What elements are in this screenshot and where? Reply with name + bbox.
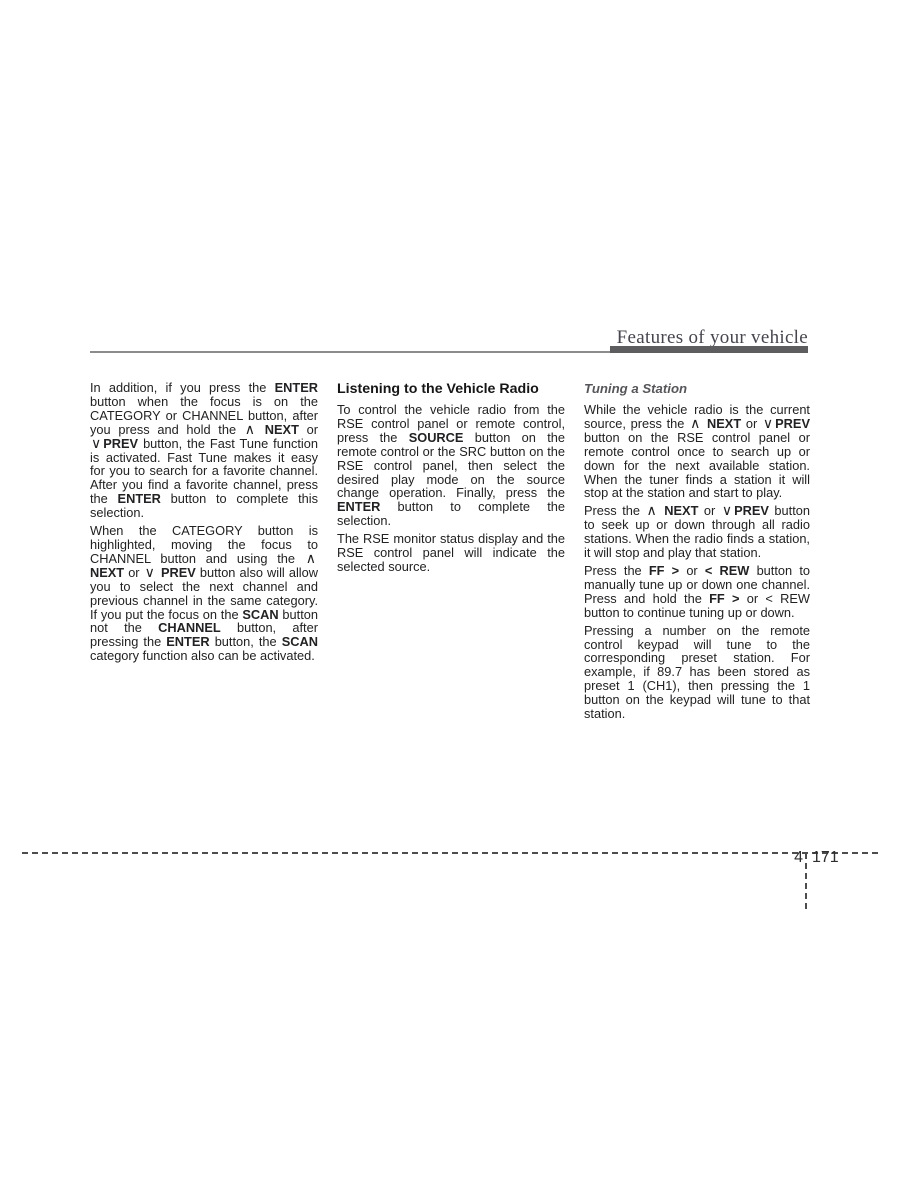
paragraph: Press the FF > or < REW button to manual… <box>584 564 810 620</box>
text-segment: or <box>741 416 762 431</box>
text-segment: In addition, if you press the <box>90 380 275 395</box>
text-segment: < REW <box>705 563 750 578</box>
text-segment: Pressing a number on the remote control … <box>584 623 810 721</box>
column-right: Tuning a Station While the vehicle radio… <box>584 381 810 725</box>
text-segment: Press the <box>584 503 646 518</box>
text-segment: ENTER <box>337 499 380 514</box>
text-segment: FF > <box>709 591 739 606</box>
paragraph: While the vehicle radio is the current s… <box>584 403 810 500</box>
column-left: In addition, if you press the ENTER butt… <box>90 381 318 667</box>
text-segment: SOURCE <box>409 430 464 445</box>
text-segment: category function also can be activated. <box>90 648 315 663</box>
caret-glyph: ∧ <box>689 415 702 431</box>
text-segment: SCAN <box>242 607 278 622</box>
column-center: Listening to the Vehicle Radio To contro… <box>337 381 565 578</box>
header-rule-bar <box>610 346 808 353</box>
text-segment: NEXT <box>265 422 299 437</box>
caret-glyph: ∨ <box>144 564 157 580</box>
text-segment: NEXT <box>664 503 698 518</box>
text-segment: ENTER <box>275 380 318 395</box>
caret-glyph: ∨ <box>90 435 103 451</box>
text-segment: or <box>679 563 705 578</box>
paragraph: In addition, if you press the ENTER butt… <box>90 381 318 520</box>
text-segment: NEXT <box>90 565 124 580</box>
paragraph: When the CATEGORY button is highlighted,… <box>90 524 318 663</box>
text-segment: NEXT <box>707 416 741 431</box>
text-segment: PREV <box>103 436 138 451</box>
text-segment: PREV <box>734 503 769 518</box>
text-segment: or <box>299 422 318 437</box>
text-segment: ENTER <box>118 491 161 506</box>
text-segment <box>257 422 265 437</box>
page-number: 171 <box>812 849 839 867</box>
manual-page: Features of your vehicle In addition, if… <box>0 0 900 1200</box>
footer-dashed-divider <box>805 853 807 909</box>
text-segment: or <box>698 503 720 518</box>
text-segment: FF > <box>649 563 679 578</box>
text-segment: button on the RSE control panel or remot… <box>584 430 810 501</box>
caret-glyph: ∧ <box>646 502 659 518</box>
text-segment: PREV <box>161 565 196 580</box>
paragraph: Press the ∧ NEXT or ∨PREV button to seek… <box>584 504 810 560</box>
text-segment: button, the <box>210 634 282 649</box>
footer-dashed-rule <box>22 852 878 854</box>
subsection-heading: Tuning a Station <box>584 381 810 397</box>
section-heading: Listening to the Vehicle Radio <box>337 381 565 397</box>
caret-glyph: ∧ <box>244 421 257 437</box>
caret-glyph: ∨ <box>721 502 734 518</box>
chapter-number: 4 <box>794 849 803 867</box>
text-segment: CHANNEL <box>158 620 221 635</box>
paragraph: The RSE monitor status display and the R… <box>337 532 565 574</box>
text-segment: The RSE monitor status display and the R… <box>337 531 565 574</box>
caret-glyph: ∧ <box>305 550 318 566</box>
text-segment: When the CATEGORY button is highlighted,… <box>90 523 318 566</box>
text-segment: SCAN <box>282 634 318 649</box>
caret-glyph: ∨ <box>762 415 775 431</box>
header-rule-thin <box>90 351 612 353</box>
text-segment: PREV <box>775 416 810 431</box>
paragraph: To control the vehicle radio from the RS… <box>337 403 565 528</box>
text-segment: or <box>124 565 143 580</box>
paragraph: Pressing a number on the remote control … <box>584 624 810 721</box>
text-segment: ENTER <box>166 634 209 649</box>
text-segment: Press the <box>584 563 649 578</box>
